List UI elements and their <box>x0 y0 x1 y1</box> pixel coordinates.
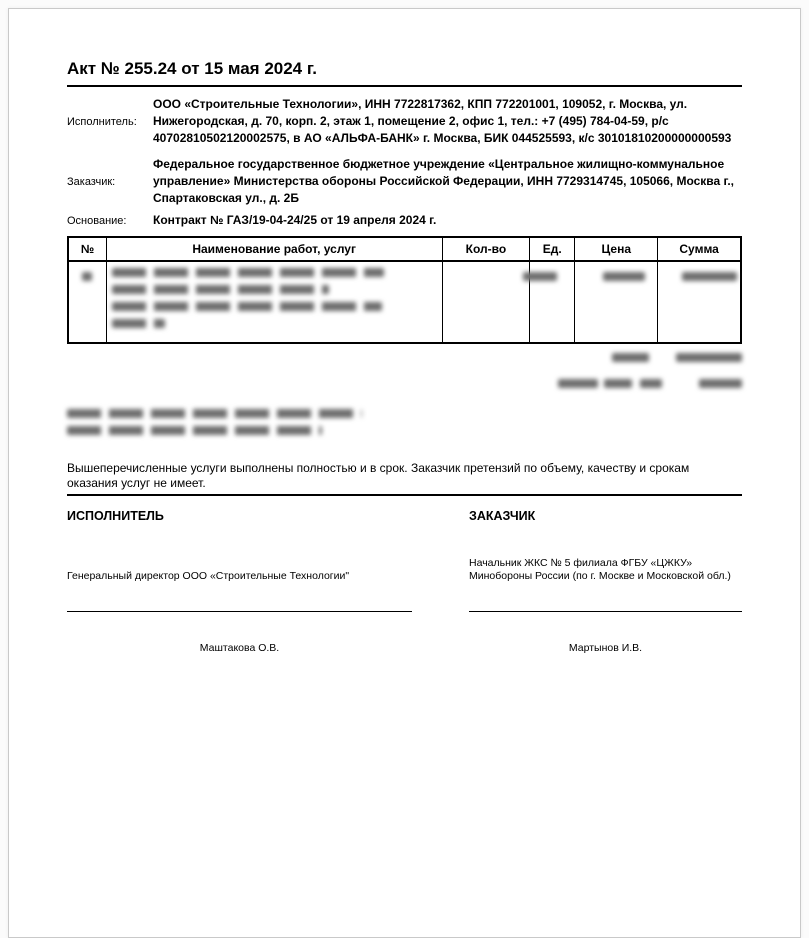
customer-name: Мартынов И.В. <box>469 642 742 655</box>
summary-redacted <box>67 409 742 435</box>
document-page: Акт № 255.24 от 15 мая 2024 г. Исполните… <box>8 8 801 888</box>
customer-title-box: Начальник ЖКС № 5 филиала ФГБУ «ЦЖКУ» Ми… <box>469 524 742 583</box>
basis-label: Основание: <box>67 214 153 228</box>
executor-title: Генеральный директор ООО «Строительные Т… <box>67 570 412 583</box>
executor-heading: ИСПОЛНИТЕЛЬ <box>67 509 412 524</box>
row-quantity-cell <box>442 261 530 343</box>
column-header-unit: Ед. <box>530 237 575 261</box>
column-header-quantity: Кол-во <box>442 237 530 261</box>
total-line-redacted <box>67 349 742 367</box>
vat-line-redacted <box>67 375 742 393</box>
executor-label: Исполнитель: <box>67 115 153 129</box>
executor-title-box: Генеральный директор ООО «Строительные Т… <box>67 524 412 583</box>
section-divider <box>67 494 742 496</box>
customer-details: Федеральное государственное бюджетное уч… <box>153 156 742 207</box>
row-sum-redacted <box>658 261 741 343</box>
services-table: № Наименование работ, услуг Кол-во Ед. Ц… <box>67 236 742 344</box>
table-header-row: № Наименование работ, услуг Кол-во Ед. Ц… <box>68 237 741 261</box>
basis-details: Контракт № ГАЗ/19-04-24/25 от 19 апреля … <box>153 212 742 229</box>
signatures-section: ИСПОЛНИТЕЛЬ Генеральный директор ООО «Ст… <box>67 509 742 655</box>
customer-title-line2: Минобороны России (по г. Москве и Москов… <box>469 570 742 583</box>
customer-title-line1: Начальник ЖКС № 5 филиала ФГБУ «ЦЖКУ» <box>469 557 742 570</box>
column-header-sum: Сумма <box>658 237 741 261</box>
customer-signature-column: ЗАКАЗЧИК Начальник ЖКС № 5 филиала ФГБУ … <box>469 509 742 655</box>
row-name-redacted <box>106 261 442 343</box>
executor-signature-column: ИСПОЛНИТЕЛЬ Генеральный директор ООО «Ст… <box>67 509 412 655</box>
executor-signature-line <box>67 611 412 612</box>
customer-signature-line <box>469 611 742 612</box>
column-header-name: Наименование работ, услуг <box>106 237 442 261</box>
document-content: Акт № 255.24 от 15 мая 2024 г. Исполните… <box>9 9 800 655</box>
customer-label: Заказчик: <box>67 175 153 189</box>
customer-heading: ЗАКАЗЧИК <box>469 509 742 524</box>
executor-details: ООО «Строительные Технологии», ИНН 77228… <box>153 96 742 147</box>
closing-statement: Вышеперечисленные услуги выполнены полно… <box>67 461 742 491</box>
basis-row: Основание: Контракт № ГАЗ/19-04-24/25 от… <box>67 212 742 229</box>
executor-row: Исполнитель: ООО «Строительные Технологи… <box>67 96 742 147</box>
row-price-redacted <box>575 261 658 343</box>
document-title: Акт № 255.24 от 15 мая 2024 г. <box>67 59 742 87</box>
totals-block <box>67 349 742 393</box>
column-header-price: Цена <box>575 237 658 261</box>
executor-name: Маштакова О.В. <box>67 642 412 655</box>
row-unit-redacted <box>530 261 575 343</box>
table-row <box>68 261 741 343</box>
column-header-number: № <box>68 237 106 261</box>
customer-row: Заказчик: Федеральное государственное бю… <box>67 156 742 207</box>
row-number-redacted <box>68 261 106 343</box>
